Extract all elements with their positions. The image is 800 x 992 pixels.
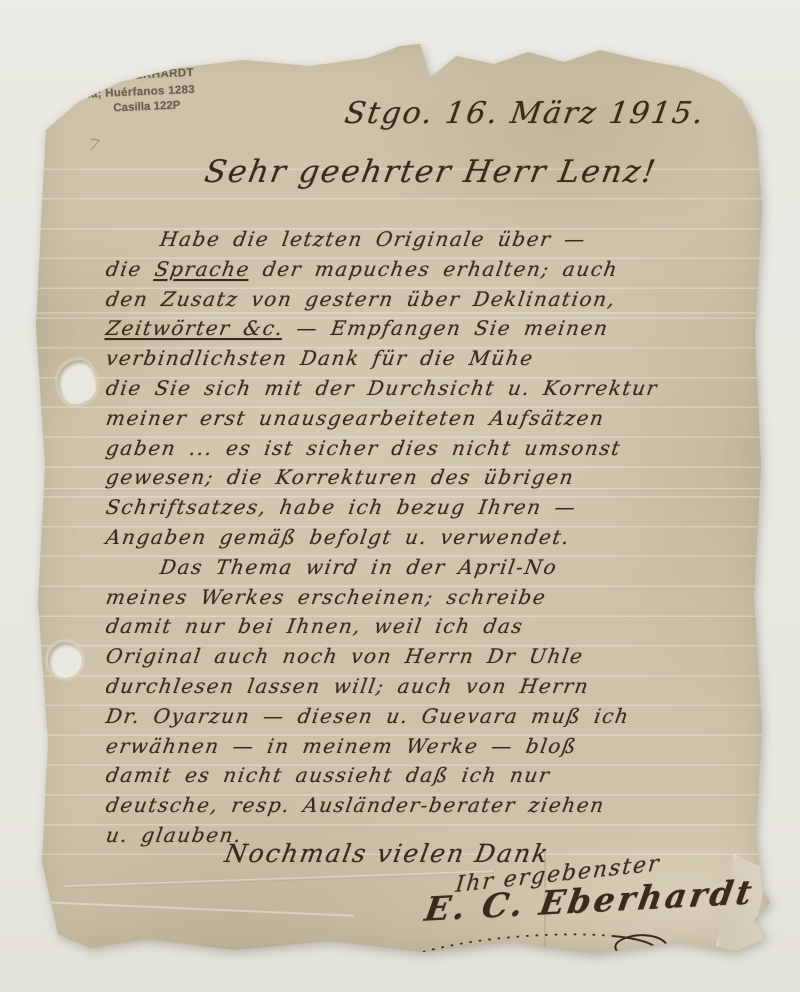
body-line: gaben ... es ist sicher dies nicht umson… (104, 434, 759, 464)
stamp-po-box: Casilla 122P (53, 96, 241, 119)
salutation: Sehr geehrter Herr Lenz! (202, 154, 660, 190)
body-line: gewesen; die Korrekturen des übrigen (104, 463, 759, 493)
body-line: Angaben gemäß befolgt u. verwendet. (104, 523, 759, 553)
letter-body: Habe die letzten Originale über — die Sp… (106, 225, 756, 851)
body-line-segment: der mapuches erhalten; auch (248, 257, 620, 281)
office-stamp: Historia de Santiago por E. C. EBERHARDT… (51, 44, 241, 118)
body-line: Das Thema wird in der April-No (104, 553, 759, 583)
body-line: erwähnen — in meinem Werke — bloß (104, 732, 759, 762)
letter-paper: Historia de Santiago por E. C. EBERHARDT… (28, 36, 772, 960)
body-line: damit es nicht aussieht daß ich nur (104, 761, 759, 791)
body-line: Zeitwörter &c. — Empfangen Sie meinen (104, 314, 759, 344)
fold-crease (44, 901, 354, 917)
dateline: Stgo. 16. März 1915. (342, 96, 707, 131)
pencil-mark: 7 (85, 135, 102, 156)
body-line: den Zusatz von gestern über Deklination, (104, 285, 759, 315)
body-line: Dr. Oyarzun — diesen u. Guevara muß ich (104, 702, 759, 732)
paper-hole (58, 360, 96, 404)
body-line-segment: die (104, 257, 157, 281)
body-line-underlined-word: Zeitwörter &c. (104, 316, 285, 340)
body-line: Habe die letzten Originale über — (104, 225, 759, 255)
body-line: meiner erst unausgearbeiteten Aufsätzen (104, 404, 759, 434)
body-line: Original auch noch von Herrn Dr Uhle (104, 642, 759, 672)
body-line: damit nur bei Ihnen, weil ich das (104, 612, 759, 642)
body-line: die Sprache der mapuches erhalten; auch (104, 255, 759, 285)
body-line-segment: — Empfangen Sie meinen (282, 316, 611, 340)
fold-crease (64, 870, 494, 888)
body-line: durchlesen lassen will; auch von Herrn (104, 672, 759, 702)
signature-flourish (415, 920, 685, 966)
paper-hole (48, 642, 82, 678)
closing-line: Nochmals vielen Dank (222, 839, 551, 868)
body-line: Schriftsatzes, habe ich bezug Ihren — (104, 493, 759, 523)
body-line-underlined-word: Sprache (153, 257, 252, 281)
scanned-letter: Historia de Santiago por E. C. EBERHARDT… (28, 36, 772, 960)
body-line: meines Werkes erscheinen; schreibe (104, 583, 759, 613)
body-line: deutsche, resp. Ausländer-berater ziehen (104, 791, 759, 821)
body-line: die Sie sich mit der Durchsicht u. Korre… (104, 374, 759, 404)
body-line: verbindlichsten Dank für die Mühe (104, 344, 759, 374)
